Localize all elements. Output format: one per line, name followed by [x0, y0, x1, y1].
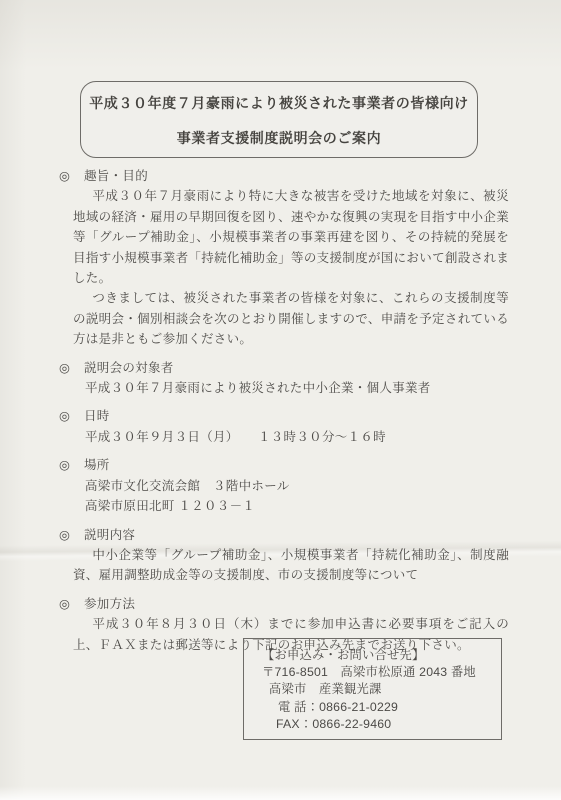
notice-title-audience: 平成３０年度７月豪雨により被災された事業者の皆様向け [89, 93, 469, 113]
notice-title-box: 平成３０年度７月豪雨により被災された事業者の皆様向け 事業者支援制度説明会のご案… [80, 81, 478, 158]
section-heading-label: 説明内容 [84, 525, 135, 545]
venue-address-line: 高梁市原田北町 １２０３－１ [85, 496, 511, 516]
contact-postal-address: 〒716-8501 高梁市松原通 2043 番地 [262, 664, 495, 681]
section-datetime: ◎ 日時 平成３０年９月３日（月） １３時３０分～１６時 [59, 406, 511, 447]
contact-fax: FAX：0866-22-9460 [276, 716, 495, 733]
contact-box-title: 【お申込み・お問い合せ先】 [262, 647, 495, 664]
double-circle-bullet-icon: ◎ [59, 166, 73, 186]
section-heading-label: 場所 [84, 455, 110, 475]
info-line: 平成３０年７月豪雨により被災された中小企業・個人事業者 [85, 378, 511, 398]
venue-name-line: 高梁市文化交流会館 ３階中ホール [85, 476, 511, 496]
paper-scan-edge-bottom [0, 786, 561, 800]
double-circle-bullet-icon: ◎ [59, 525, 73, 545]
paper-scan-shadow-top [0, 0, 561, 70]
contact-department: 高梁市 産業観光課 [269, 681, 495, 698]
paragraph: 平成３０年７月豪雨により特に大きな被害を受けた地域を対象に、被災地域の経済・雇用… [73, 186, 509, 288]
paragraph: つきましては、被災された事業者の皆様を対象に、これらの支援制度等の説明会・個別相… [73, 288, 509, 349]
double-circle-bullet-icon: ◎ [59, 358, 73, 378]
section-heading-label: 日時 [84, 406, 110, 426]
double-circle-bullet-icon: ◎ [59, 594, 73, 614]
contact-info-box: 【お申込み・お問い合せ先】 〒716-8501 高梁市松原通 2043 番地 高… [243, 638, 502, 740]
section-heading-label: 趣旨・目的 [84, 166, 148, 186]
contact-phone: 電 話：0866-21-0229 [278, 699, 495, 716]
section-heading: ◎ 場所 [59, 455, 511, 475]
section-venue: ◎ 場所 高梁市文化交流会館 ３階中ホール 高梁市原田北町 １２０３－１ [59, 455, 511, 516]
section-heading: ◎ 説明会の対象者 [59, 358, 511, 378]
section-heading: ◎ 趣旨・目的 [59, 166, 511, 186]
section-heading-label: 説明会の対象者 [84, 358, 174, 378]
info-line: 平成３０年９月３日（月） １３時３０分～１６時 [85, 427, 511, 447]
notice-body: ◎ 趣旨・目的 平成３０年７月豪雨により特に大きな被害を受けた地域を対象に、被災… [59, 166, 511, 663]
section-heading: ◎ 参加方法 [59, 594, 511, 614]
notice-title-main: 事業者支援制度説明会のご案内 [177, 128, 381, 148]
section-heading: ◎ 説明内容 [59, 525, 511, 545]
scanned-notice-page: 平成３０年度７月豪雨により被災された事業者の皆様向け 事業者支援制度説明会のご案… [0, 0, 561, 800]
section-target-audience: ◎ 説明会の対象者 平成３０年７月豪雨により被災された中小企業・個人事業者 [59, 358, 511, 399]
section-heading-label: 参加方法 [84, 594, 135, 614]
section-topics: ◎ 説明内容 中小企業等「グループ補助金」、小規模事業者「持続化補助金」、制度融… [59, 525, 511, 586]
double-circle-bullet-icon: ◎ [59, 455, 73, 475]
section-heading: ◎ 日時 [59, 406, 511, 426]
paper-scan-shadow-left [0, 0, 26, 800]
paragraph: 中小企業等「グループ補助金」、小規模事業者「持続化補助金」、制度融資、雇用調整助… [73, 545, 509, 586]
section-purpose: ◎ 趣旨・目的 平成３０年７月豪雨により特に大きな被害を受けた地域を対象に、被災… [59, 166, 511, 350]
double-circle-bullet-icon: ◎ [59, 406, 73, 426]
